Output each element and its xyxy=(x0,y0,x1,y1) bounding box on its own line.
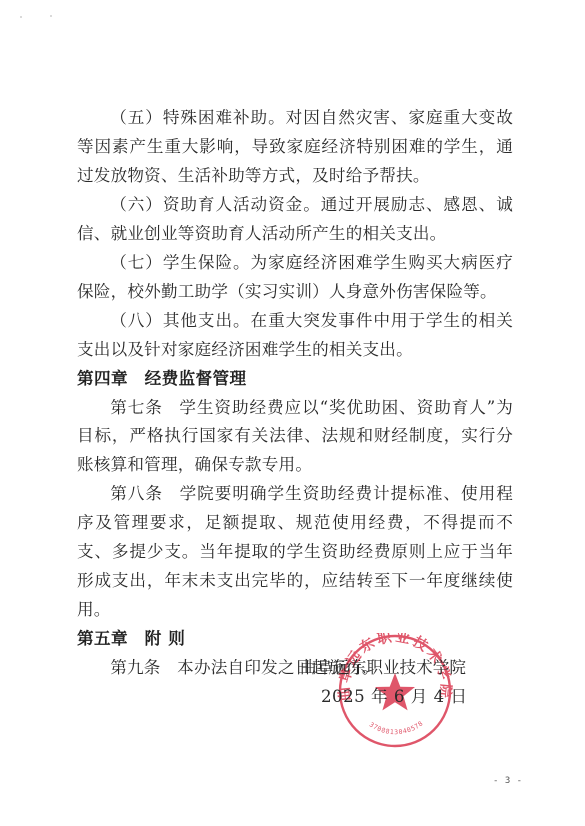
signature-date: 2025 年 6 月 4 日 xyxy=(300,683,468,712)
article-text: 学院要明确学生资助经费计提标准、使用程序及管理要求，足额提取、规范使用经费，不得… xyxy=(77,484,513,619)
article-8: 第八条学院要明确学生资助经费计提标准、使用程序及管理要求，足额提取、规范使用经费… xyxy=(77,480,513,625)
signature-organization: 曲阜远东职业技术学院 xyxy=(300,654,468,683)
signature-block: 曲阜远东职业技术学院 2025 年 6 月 4 日 xyxy=(300,654,468,712)
paragraph-special-hardship-subsidy: （五）特殊困难补助。对因自然灾害、家庭重大变故等因素产生重大影响，导致家庭经济特… xyxy=(77,104,513,191)
paragraph-activity-funds: （六）资助育人活动资金。通过开展励志、感恩、诚信、就业创业等资助育人活动所产生的… xyxy=(77,191,513,249)
chapter-title-part: 附 xyxy=(145,629,162,648)
chapter-title: 经费监督管理 xyxy=(145,369,247,388)
article-label: 第九条 xyxy=(110,658,160,677)
chapter-title-part: 则 xyxy=(168,629,185,648)
item-label: （六） xyxy=(110,195,163,214)
item-label: （五） xyxy=(110,108,163,127)
chapter-number: 第四章 xyxy=(77,369,128,388)
chapter-4-heading: 第四章经费监督管理 xyxy=(77,365,513,394)
item-label: （八） xyxy=(110,311,163,330)
page-number: - 3 - xyxy=(493,776,523,786)
seal-number: 3708813040578 xyxy=(368,719,425,736)
paragraph-student-insurance: （七）学生保险。为家庭经济困难学生购买大病医疗保险，校外勤工助学（实习实训）人身… xyxy=(77,249,513,307)
chapter-number: 第五章 xyxy=(77,629,128,648)
paragraph-other-expenses: （八）其他支出。在重大突发事件中用于学生的相关支出以及针对家庭经济困难学生的相关… xyxy=(77,307,513,365)
scan-artifact xyxy=(50,15,52,17)
article-label: 第八条 xyxy=(110,484,163,503)
article-label: 第七条 xyxy=(110,398,163,417)
item-label: （七） xyxy=(110,253,163,272)
document-body: （五）特殊困难补助。对因自然灾害、家庭重大变故等因素产生重大影响，导致家庭经济特… xyxy=(77,104,513,683)
scan-artifact xyxy=(20,16,22,18)
document-page: （五）特殊困难补助。对因自然灾害、家庭重大变故等因素产生重大影响，导致家庭经济特… xyxy=(0,0,585,826)
article-7: 第七条学生资助经费应以“奖优助困、资助育人”为目标，严格执行国家有关法律、法规和… xyxy=(77,394,513,481)
